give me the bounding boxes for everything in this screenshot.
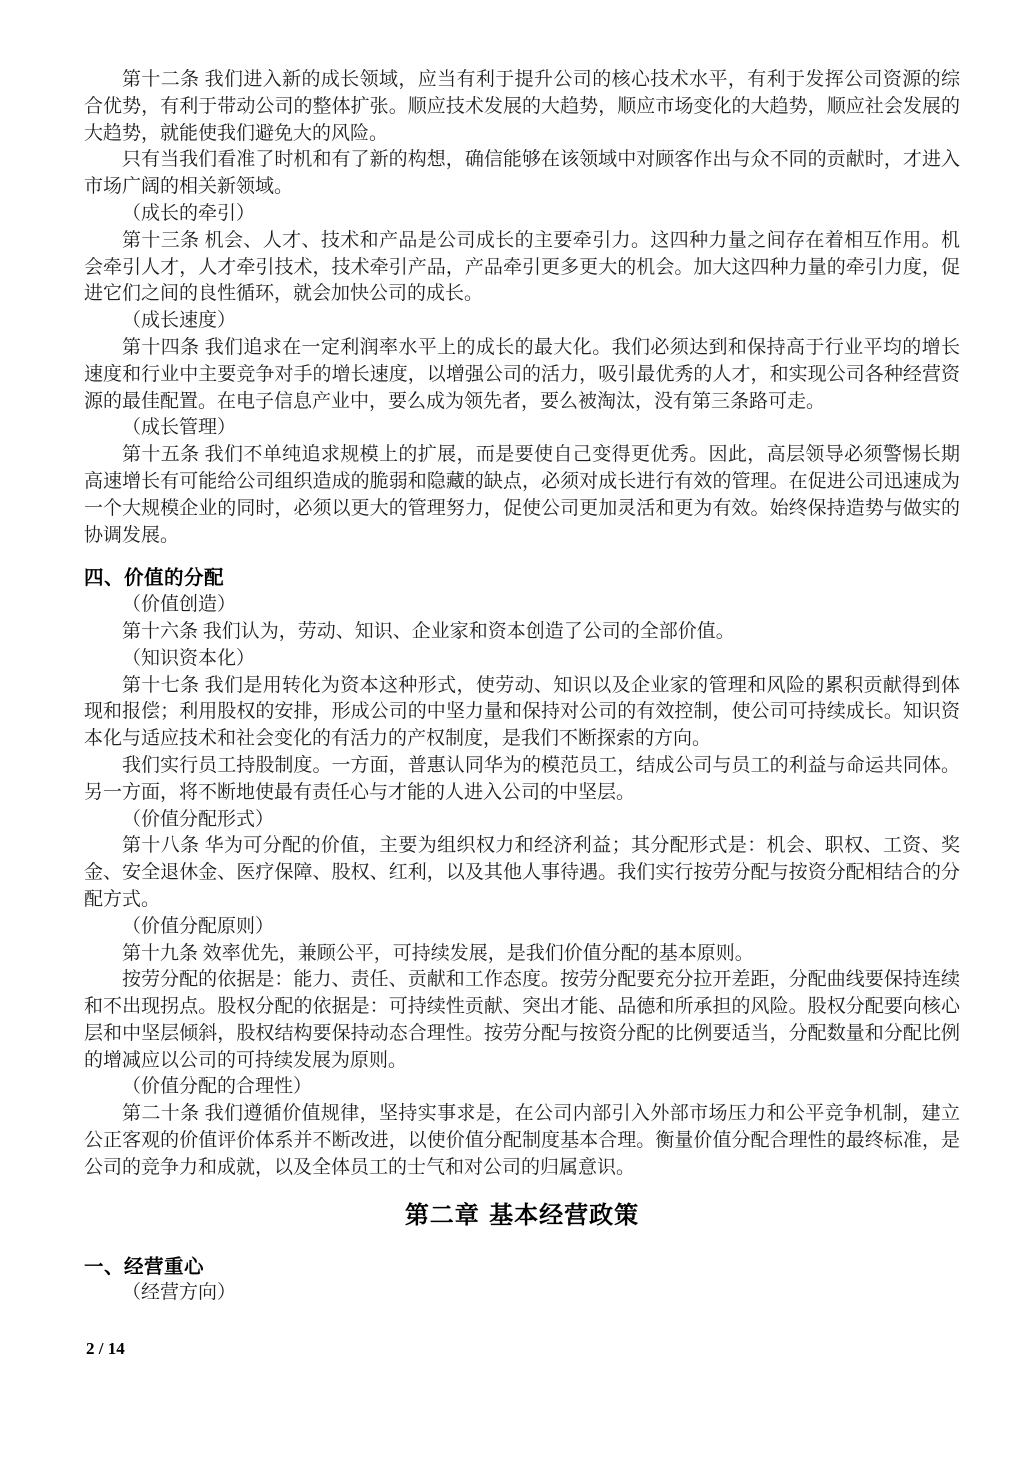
- paragraph: 第十九条 效率优先，兼顾公平，可持续发展，是我们价值分配的基本原则。: [84, 941, 960, 968]
- paragraph: 第二十条 我们遵循价值规律，坚持实事求是，在公司内部引入外部市场压力和公平竞争机…: [84, 1101, 960, 1181]
- clause-label: （价值分配的合理性）: [84, 1074, 960, 1101]
- document-page: 第十二条 我们进入新的成长领域，应当有利于提升公司的核心技术水平，有利于发挥公司…: [0, 0, 1036, 1465]
- section-heading: 一、经营重心: [84, 1254, 960, 1281]
- clause-label: （价值创造）: [84, 592, 960, 619]
- document-body: 第十二条 我们进入新的成长领域，应当有利于提升公司的核心技术水平，有利于发挥公司…: [84, 67, 960, 1307]
- chapter-heading: 第二章 基本经营政策: [84, 1198, 960, 1232]
- clause-label: （价值分配形式）: [84, 807, 960, 834]
- paragraph: 第十八条 华为可分配的价值，主要为组织权力和经济利益；其分配形式是：机会、职权、…: [84, 833, 960, 913]
- clause-label: （知识资本化）: [84, 646, 960, 673]
- clause-label: （价值分配原则）: [84, 914, 960, 941]
- paragraph: 第十六条 我们认为，劳动、知识、企业家和资本创造了公司的全部价值。: [84, 619, 960, 646]
- paragraph: 第十四条 我们追求在一定利润率水平上的成长的最大化。我们必须达到和保持高于行业平…: [84, 335, 960, 415]
- page-number: 2 / 14: [86, 1336, 125, 1363]
- clause-label: （经营方向）: [84, 1280, 960, 1307]
- paragraph: 第十三条 机会、人才、技术和产品是公司成长的主要牵引力。这四种力量之间存在着相互…: [84, 228, 960, 308]
- clause-label: （成长管理）: [84, 415, 960, 442]
- paragraph: 只有当我们看准了时机和有了新的构想，确信能够在该领域中对顾客作出与众不同的贡献时…: [84, 147, 960, 201]
- paragraph: 第十七条 我们是用转化为资本这种形式，使劳动、知识以及企业家的管理和风险的累积贡…: [84, 673, 960, 753]
- clause-label: （成长的牵引）: [84, 201, 960, 228]
- section-heading: 四、价值的分配: [84, 565, 960, 592]
- paragraph: 按劳分配的依据是：能力、责任、贡献和工作态度。按劳分配要充分拉开差距，分配曲线要…: [84, 967, 960, 1074]
- clause-label: （成长速度）: [84, 308, 960, 335]
- paragraph: 我们实行员工持股制度。一方面，普惠认同华为的模范员工，结成公司与员工的利益与命运…: [84, 753, 960, 807]
- paragraph: 第十二条 我们进入新的成长领域，应当有利于提升公司的核心技术水平，有利于发挥公司…: [84, 67, 960, 147]
- paragraph: 第十五条 我们不单纯追求规模上的扩展，而是要使自己变得更优秀。因此，高层领导必须…: [84, 442, 960, 549]
